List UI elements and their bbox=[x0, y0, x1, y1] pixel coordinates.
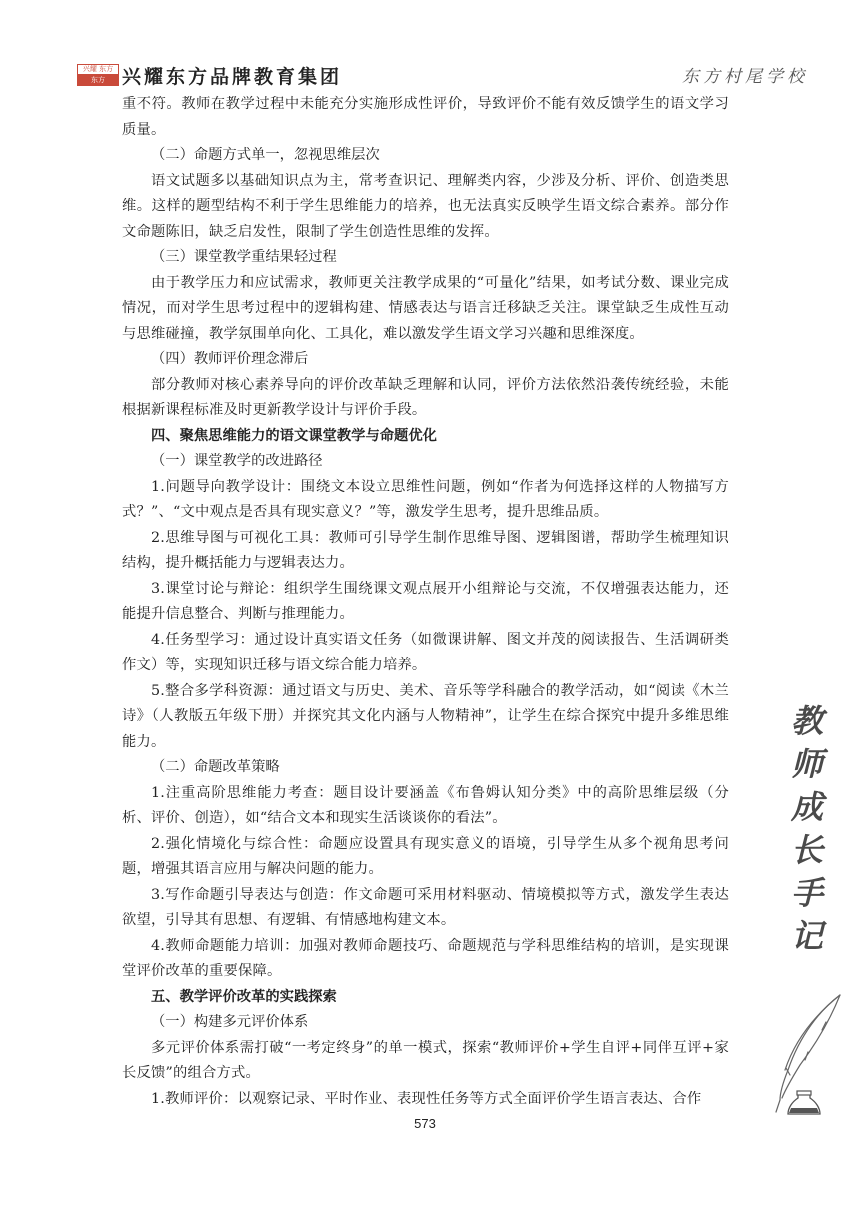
subsection-heading: （一）构建多元评价体系 bbox=[122, 1010, 729, 1036]
brand-name: 兴耀东方品牌教育集团 bbox=[122, 62, 342, 89]
paragraph: 多元评价体系需打破“一考定终身”的单一模式，探索“教师评价+学生自评+同伴互评+… bbox=[122, 1036, 729, 1087]
side-title-char: 教 bbox=[782, 700, 832, 743]
subsection-heading: （四）教师评价理念滞后 bbox=[122, 347, 729, 373]
list-item: 4.任务型学习：通过设计真实语文任务（如微课讲解、图文并茂的阅读报告、生活调研类… bbox=[122, 628, 729, 679]
side-title-char: 长 bbox=[782, 829, 832, 872]
paragraph: 语文试题多以基础知识点为主，常考查识记、理解类内容，少涉及分析、评价、创造类思维… bbox=[122, 169, 729, 246]
school-name: 东方村尾学校 bbox=[682, 62, 808, 87]
side-title-char: 成 bbox=[782, 786, 832, 829]
subsection-heading: （二）命题改革策略 bbox=[122, 755, 729, 781]
subsection-heading: （一）课堂教学的改进路径 bbox=[122, 449, 729, 475]
section-heading: 四、聚焦思维能力的语文课堂教学与命题优化 bbox=[122, 424, 729, 450]
list-item: 1.问题导向教学设计：围绕文本设立思维性问题，例如“作者为何选择这样的人物描写方… bbox=[122, 475, 729, 526]
subsection-heading: （三）课堂教学重结果轻过程 bbox=[122, 245, 729, 271]
page-number: 573 bbox=[0, 1116, 850, 1131]
list-item: 2.思维导图与可视化工具：教师可引导学生制作思维导图、逻辑图谱，帮助学生梳理知识… bbox=[122, 526, 729, 577]
list-item: 5.整合多学科资源：通过语文与历史、美术、音乐等学科融合的教学活动，如“阅读《木… bbox=[122, 679, 729, 756]
page-header: 兴耀 东方 东方 兴耀东方品牌教育集团 东方村尾学校 bbox=[0, 0, 850, 95]
subsection-heading: （二）命题方式单一，忽视思维层次 bbox=[122, 143, 729, 169]
brand-logo: 兴耀 东方 东方 bbox=[77, 64, 119, 86]
paragraph: 部分教师对核心素养导向的评价改革缺乏理解和认同，评价方法依然沿袭传统经验，未能根… bbox=[122, 373, 729, 424]
list-item: 2.强化情境化与综合性：命题应设置具有现实意义的语境，引导学生从多个视角思考问题… bbox=[122, 832, 729, 883]
section-heading: 五、教学评价改革的实践探索 bbox=[122, 985, 729, 1011]
side-title-char: 记 bbox=[782, 915, 832, 958]
list-item: 4.教师命题能力培训：加强对教师命题技巧、命题规范与学科思维结构的培训，是实现课… bbox=[122, 934, 729, 985]
paragraph: 重不符。教师在教学过程中未能充分实施形成性评价，导致评价不能有效反馈学生的语文学… bbox=[122, 92, 729, 143]
list-item: 3.写作命题引导表达与创造：作文命题可采用材料驱动、情境模拟等方式，激发学生表达… bbox=[122, 883, 729, 934]
logo-top-text: 兴耀 东方 bbox=[77, 64, 119, 75]
side-title-char: 手 bbox=[782, 872, 832, 915]
side-calligraphy-title: 教 师 成 长 手 记 bbox=[782, 700, 832, 958]
paragraph: 由于教学压力和应试需求，教师更关注教学成果的“可量化”结果，如考试分数、课业完成… bbox=[122, 271, 729, 348]
logo-bottom-text: 东方 bbox=[77, 75, 119, 86]
list-item: 1.教师评价：以观察记录、平时作业、表现性任务等方式全面评价学生语言表达、合作 bbox=[122, 1087, 729, 1113]
document-body: 重不符。教师在教学过程中未能充分实施形成性评价，导致评价不能有效反馈学生的语文学… bbox=[122, 92, 729, 1112]
list-item: 3.课堂讨论与辩论：组织学生围绕课文观点展开小组辩论与交流，不仅增强表达能力，还… bbox=[122, 577, 729, 628]
list-item: 1.注重高阶思维能力考查：题目设计要涵盖《布鲁姆认知分类》中的高阶思维层级（分析… bbox=[122, 781, 729, 832]
quill-inkwell-icon bbox=[760, 990, 850, 1120]
side-title-char: 师 bbox=[782, 743, 832, 786]
